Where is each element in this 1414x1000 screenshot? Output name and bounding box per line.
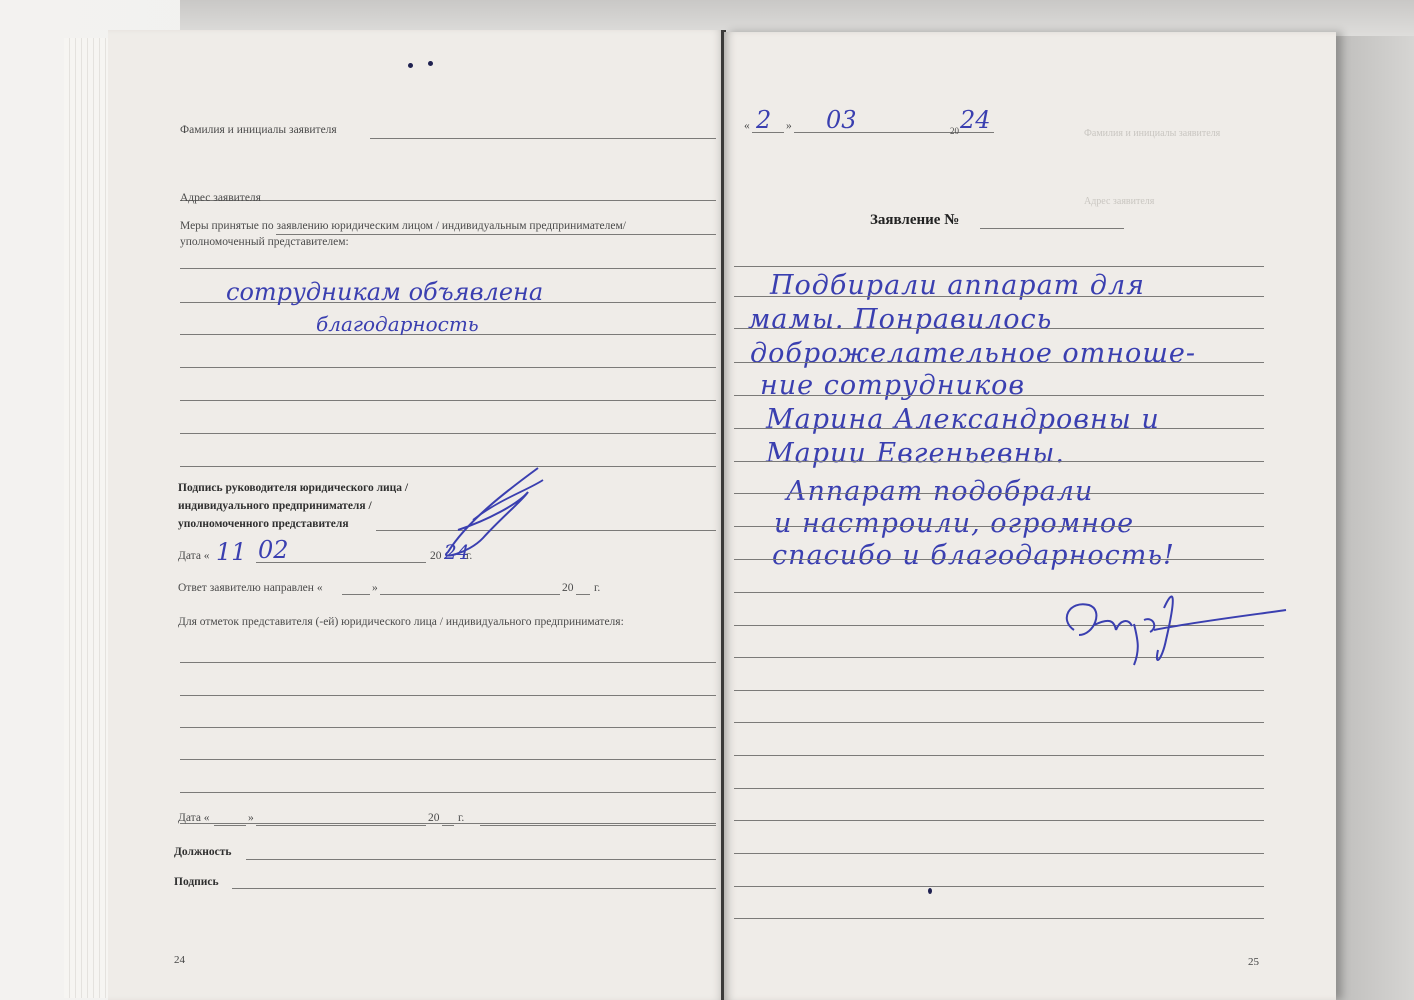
measures-label-2: уполномоченный представителем: xyxy=(180,236,349,248)
date2-label: Дата « xyxy=(178,812,210,824)
position-label: Должность xyxy=(174,846,232,858)
date-close-quote: » xyxy=(786,120,792,132)
reply-mid: » xyxy=(372,582,378,594)
statement-line[interactable] xyxy=(734,755,1264,756)
signature2-line[interactable] xyxy=(232,888,716,889)
measures-line[interactable] xyxy=(180,433,716,434)
page-stack-edge xyxy=(64,38,112,998)
date2-year: 20 xyxy=(428,812,440,824)
applicant-name-label: Фамилия и инициалы заявителя xyxy=(180,124,337,136)
ink-dot xyxy=(428,61,433,66)
measures-line[interactable] xyxy=(180,268,716,269)
signature2-label: Подпись xyxy=(174,876,219,888)
date-day-line[interactable] xyxy=(752,132,784,133)
measures-line[interactable] xyxy=(180,400,716,401)
reply-day-line[interactable] xyxy=(342,594,370,595)
right-page: « 2 » 03 20 24 Заявление № Фамилия и ини… xyxy=(724,32,1336,1000)
bleed-through-text: Адрес заявителя xyxy=(1084,196,1154,207)
position-line[interactable] xyxy=(246,859,716,860)
reply-suffix: г. xyxy=(594,582,600,594)
notes-label: Для отметок представителя (-ей) юридичес… xyxy=(178,616,624,628)
statement-line[interactable] xyxy=(734,788,1264,789)
statement-line[interactable] xyxy=(734,690,1264,691)
date-month: 02 xyxy=(258,536,289,564)
measures-handwritten-1: сотрудникам объявлена xyxy=(226,278,543,306)
measures-label-1: Меры принятые по заявлению юридическим л… xyxy=(180,220,626,232)
date-suffix: г. xyxy=(466,550,472,562)
date-open-quote: « xyxy=(744,120,750,132)
statement-handwritten-line: и настроили, огромное xyxy=(774,508,1134,539)
date2-month-line[interactable] xyxy=(256,825,426,826)
statement-line[interactable] xyxy=(734,526,1264,527)
date2-suffix: г. xyxy=(458,812,464,824)
statement-line[interactable] xyxy=(734,918,1264,919)
statement-handwritten-line: доброжелательное отноше- xyxy=(750,338,1196,369)
date-line[interactable] xyxy=(256,562,426,563)
reply-year-line[interactable] xyxy=(576,594,590,595)
date2-day-line[interactable] xyxy=(214,825,246,826)
applicant-name-line[interactable] xyxy=(370,138,716,139)
notes-line[interactable] xyxy=(180,792,716,793)
ink-dot xyxy=(408,63,413,68)
signature-label-2: индивидуального предпринимателя / xyxy=(178,500,372,512)
statement-line[interactable] xyxy=(734,722,1264,723)
statement-line[interactable] xyxy=(734,820,1264,821)
date-year-prefix: 20 xyxy=(950,126,959,136)
page-number-right: 25 xyxy=(1248,956,1259,968)
notes-line[interactable] xyxy=(180,727,716,728)
statement-line[interactable] xyxy=(734,559,1264,560)
statement-line[interactable] xyxy=(734,428,1264,429)
notes-line[interactable] xyxy=(180,662,716,663)
statement-line[interactable] xyxy=(734,853,1264,854)
date-label: Дата « xyxy=(178,550,210,562)
statement-line[interactable] xyxy=(734,266,1264,267)
date2-year-line[interactable] xyxy=(442,825,454,826)
statement-title: Заявление № xyxy=(870,212,959,229)
reply-month-line[interactable] xyxy=(380,594,560,595)
date-day: 2 xyxy=(756,106,771,134)
notes-line[interactable] xyxy=(180,759,716,760)
bleed-through-text: Фамилия и инициалы заявителя xyxy=(1084,128,1220,139)
measures-handwritten-2: благодарность xyxy=(316,312,479,336)
date-year-prefix: 20 xyxy=(430,550,442,562)
signature-label-1: Подпись руководителя юридического лица / xyxy=(178,482,408,494)
date-day: 11 xyxy=(216,538,247,566)
date2-extra-line[interactable] xyxy=(480,825,716,826)
statement-line[interactable] xyxy=(734,395,1264,396)
applicant-address-line[interactable] xyxy=(276,234,716,235)
measures-line[interactable] xyxy=(180,367,716,368)
ink-dot xyxy=(928,888,932,894)
reply-year: 20 xyxy=(562,582,574,594)
notes-line[interactable] xyxy=(180,695,716,696)
signature-label-3: уполномоченного представителя xyxy=(178,518,349,530)
date-month: 03 xyxy=(826,106,857,134)
statement-handwritten-line: Марии Евгеньевны. xyxy=(766,438,1065,469)
statement-handwritten-line: ние сотрудников xyxy=(760,370,1025,401)
date-year-suffix: 24 xyxy=(960,106,991,134)
applicant-address-label: Адрес заявителя xyxy=(180,192,261,204)
statement-handwritten-line: Аппарат подобрали xyxy=(786,476,1093,507)
left-page: Фамилия и инициалы заявителя Адрес заяви… xyxy=(108,30,724,1000)
reply-label: Ответ заявителю направлен « xyxy=(178,582,323,594)
date2-mid: » xyxy=(248,812,254,824)
statement-line[interactable] xyxy=(734,328,1264,329)
statement-handwritten-line: Марина Александровны и xyxy=(766,404,1160,435)
statement-line[interactable] xyxy=(734,362,1264,363)
page-number-left: 24 xyxy=(174,954,185,966)
statement-handwritten-line: мамы. Понравилось xyxy=(748,304,1052,335)
statement-line[interactable] xyxy=(734,296,1264,297)
statement-line[interactable] xyxy=(734,493,1264,494)
statement-line[interactable] xyxy=(734,886,1264,887)
statement-handwritten-line: спасибо и благодарность! xyxy=(772,540,1175,571)
notes-line[interactable] xyxy=(180,823,716,824)
statement-line[interactable] xyxy=(734,461,1264,462)
statement-number-line[interactable] xyxy=(980,228,1124,229)
